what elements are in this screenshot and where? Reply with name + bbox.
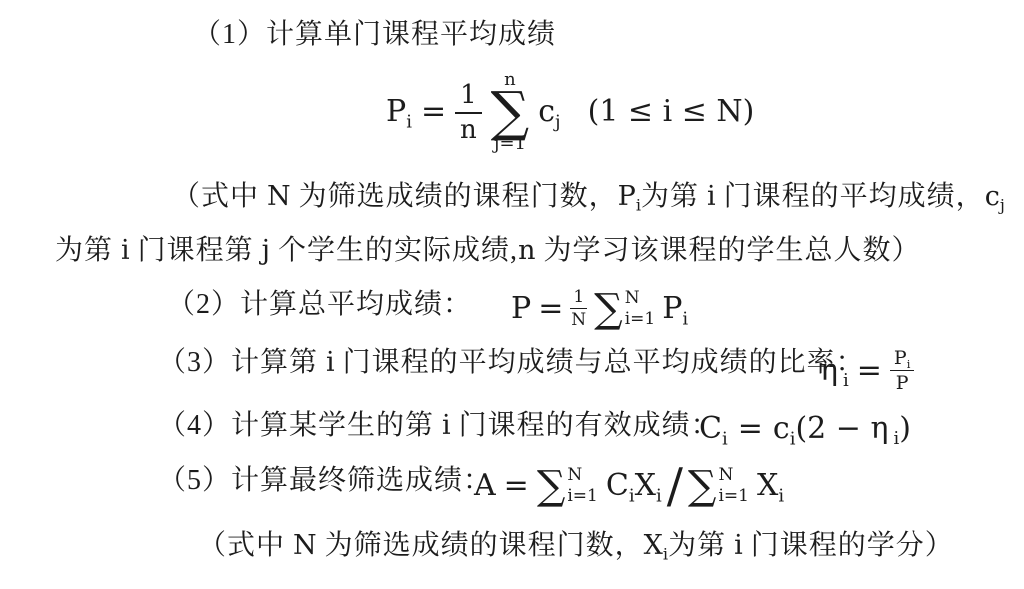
f4-open-part: (2 − bbox=[795, 411, 870, 446]
item4-heading: （4）计算某学生的第 i 门课程的有效成绩： bbox=[158, 409, 720, 443]
f5-sum2-upper: N bbox=[718, 467, 749, 485]
note5-var-i: i bbox=[734, 530, 743, 561]
sigma-icon: ∑ bbox=[491, 89, 530, 135]
note1b-seg1: 为第 bbox=[55, 235, 121, 266]
f5-sum1-lower: i=1 bbox=[567, 488, 598, 506]
f4-close-paren: ) bbox=[899, 411, 911, 446]
f2-term-sub: i bbox=[682, 308, 688, 329]
f4-lhs-base: C bbox=[699, 411, 722, 446]
f5-sum1-upper: N bbox=[567, 467, 598, 485]
note5-seg3: 为第 bbox=[668, 530, 734, 561]
f2-sigma-sum: ∑ N i=1 bbox=[594, 290, 655, 329]
item4-text-b: 门课程的有效成绩： bbox=[451, 410, 720, 441]
note1-var-c-sub: j bbox=[1000, 196, 1005, 215]
formula-ratio: ηi = Pi P bbox=[820, 340, 914, 402]
f1-numerator: 1 bbox=[455, 81, 482, 114]
f4-eta: η bbox=[870, 411, 888, 446]
f3-numerator: Pi bbox=[890, 349, 914, 371]
note1-var-c: c bbox=[985, 181, 1000, 212]
item2-text: （2）计算总平均成绩： bbox=[167, 289, 472, 320]
f1-term: cj bbox=[538, 95, 560, 130]
note1-line2: 为第 i 门课程第 j 个学生的实际成绩,n 为学习该课程的学生总人数） bbox=[55, 234, 920, 268]
f1-equals: = bbox=[421, 95, 446, 130]
f5-equals: = bbox=[504, 469, 529, 504]
formula-effective-score: Ci = ci(2 − ηi) bbox=[699, 404, 911, 454]
f5-lhs: A bbox=[474, 469, 496, 504]
sigma-icon: ∑ bbox=[688, 468, 717, 504]
note5-var-N: N bbox=[293, 530, 317, 561]
f3-num-sub: i bbox=[907, 357, 911, 371]
note5-seg2: 为筛选成绩的课程门数， bbox=[317, 530, 644, 561]
f1-sigma-sum: n ∑ j=1 bbox=[491, 71, 530, 153]
f2-fraction: 1 N bbox=[570, 289, 587, 329]
f5-term-1: CiXi bbox=[606, 469, 662, 504]
sigma-icon: ∑ bbox=[594, 291, 623, 327]
f5-t3-sub: i bbox=[778, 485, 784, 506]
formula-overall-average: P = 1 N ∑ N i=1 Pi bbox=[511, 280, 688, 338]
f5-sum2-lower: i=1 bbox=[718, 488, 749, 506]
note1b-var-i: i bbox=[121, 235, 130, 266]
note1b-seg4: 为学习该课程的学生总人数） bbox=[535, 235, 920, 266]
f5-t3-base: X bbox=[757, 468, 778, 503]
f5-t2-sub: i bbox=[656, 485, 662, 506]
f3-fraction: Pi P bbox=[890, 349, 914, 393]
f1-lhs-base: P bbox=[386, 94, 406, 129]
note1-seg1: （式中 bbox=[172, 181, 267, 212]
note1-seg3: 为第 bbox=[641, 181, 707, 212]
note5-seg1: （式中 bbox=[198, 530, 293, 561]
formula-final-score: A = ∑ N i=1 CiXi / ∑ N i=1 Xi bbox=[474, 455, 784, 517]
f5-sigma-sum-2: ∑ N i=1 bbox=[688, 467, 749, 506]
item3-var-i: i bbox=[326, 347, 335, 378]
item3-text-b: 门课程的平均成绩与总平均成绩的比率： bbox=[335, 347, 865, 378]
f2-denominator: N bbox=[571, 309, 586, 329]
item3-text-a: （3）计算第 bbox=[158, 347, 326, 378]
note1b-var-j: j bbox=[262, 235, 270, 266]
note5-var-Xi: Xi bbox=[644, 530, 668, 561]
item5-heading: （5）计算最终筛选成绩： bbox=[158, 464, 492, 498]
note1-var-i: i bbox=[707, 181, 716, 212]
f1-term-sub: j bbox=[555, 111, 561, 132]
f3-num-base: P bbox=[894, 347, 907, 369]
f2-sum-upper: N bbox=[625, 290, 656, 308]
f3-eta: η bbox=[820, 353, 838, 388]
f1-term-base: c bbox=[538, 94, 555, 129]
f4-equals: = bbox=[738, 412, 763, 447]
f1-sum-lower: j=1 bbox=[494, 135, 526, 153]
f2-equals: = bbox=[538, 292, 563, 327]
note1b-seg3: 个学生的实际成绩, bbox=[270, 235, 518, 266]
formula-course-average: Pi = 1 n n ∑ j=1 cj (1 ≤ i ≤ N) bbox=[386, 64, 754, 160]
f3-lhs: ηi bbox=[820, 354, 849, 389]
note1b-seg2: 门课程第 bbox=[130, 235, 262, 266]
f5-sum2-limits: N i=1 bbox=[718, 467, 749, 506]
sigma-icon: ∑ bbox=[537, 468, 566, 504]
f3-denominator: P bbox=[896, 371, 909, 393]
f1-lhs-sub: i bbox=[406, 111, 412, 132]
f3-eta-sub: i bbox=[843, 370, 849, 391]
f1-fraction: 1 n bbox=[455, 81, 482, 143]
f1-denominator: n bbox=[460, 114, 477, 143]
note5-line: （式中 N 为筛选成绩的课程门数，Xi为第 i 门课程的学分） bbox=[198, 529, 954, 563]
note1-var-Pi: Pi bbox=[618, 181, 641, 212]
f2-term-base: P bbox=[662, 291, 682, 326]
item2-heading: （2）计算总平均成绩： bbox=[167, 288, 472, 322]
f2-term: Pi bbox=[662, 292, 688, 327]
note1-line1: （式中 N 为筛选成绩的课程门数，Pi为第 i 门课程的平均成绩，cj bbox=[172, 180, 1005, 214]
note5-seg4: 门课程的学分） bbox=[743, 530, 954, 561]
f2-lhs: P bbox=[511, 292, 531, 327]
f5-divide-slash: / bbox=[667, 467, 683, 505]
f2-sum-limits: N i=1 bbox=[625, 290, 656, 329]
f4-lhs-sub: i bbox=[722, 428, 728, 449]
item1-text: （1）计算单门课程平均成绩 bbox=[193, 19, 556, 50]
f4-rhs: ci(2 − ηi) bbox=[773, 412, 911, 447]
f2-numerator: 1 bbox=[570, 289, 587, 309]
f5-term-2: Xi bbox=[757, 469, 784, 504]
item4-var-i: i bbox=[442, 410, 451, 441]
f4-rhs-base: c bbox=[773, 411, 790, 446]
item3-heading: （3）计算第 i 门课程的平均成绩与总平均成绩的比率： bbox=[158, 346, 865, 380]
item1-heading: （1）计算单门课程平均成绩 bbox=[193, 18, 556, 52]
f1-condition: (1 ≤ i ≤ N) bbox=[588, 95, 755, 130]
f4-lhs: Ci bbox=[699, 412, 728, 447]
note1-var-cj: cj bbox=[985, 181, 1005, 212]
document-page: （1）计算单门课程平均成绩 Pi = 1 n n ∑ j=1 cj (1 ≤ i… bbox=[0, 0, 1024, 589]
f5-sum1-limits: N i=1 bbox=[567, 467, 598, 506]
note1-var-N: N bbox=[267, 181, 291, 212]
note5-var-X: X bbox=[644, 530, 663, 561]
f2-sum-lower: i=1 bbox=[625, 311, 656, 329]
item4-text-a: （4）计算某学生的第 bbox=[158, 410, 442, 441]
f4-eta-group: ηi bbox=[870, 411, 899, 446]
f1-lhs: Pi bbox=[386, 95, 412, 130]
note1b-var-n: n bbox=[518, 235, 535, 266]
note1-seg2: 为筛选成绩的课程门数， bbox=[291, 181, 618, 212]
note1-var-P: P bbox=[618, 181, 636, 212]
note1-seg4: 门课程的平均成绩， bbox=[716, 181, 985, 212]
f5-sigma-sum-1: ∑ N i=1 bbox=[537, 467, 598, 506]
f5-t1-base: C bbox=[606, 468, 629, 503]
f3-equals: = bbox=[857, 354, 882, 389]
item5-text: （5）计算最终筛选成绩： bbox=[158, 465, 492, 496]
f5-t2-base: X bbox=[635, 468, 656, 503]
